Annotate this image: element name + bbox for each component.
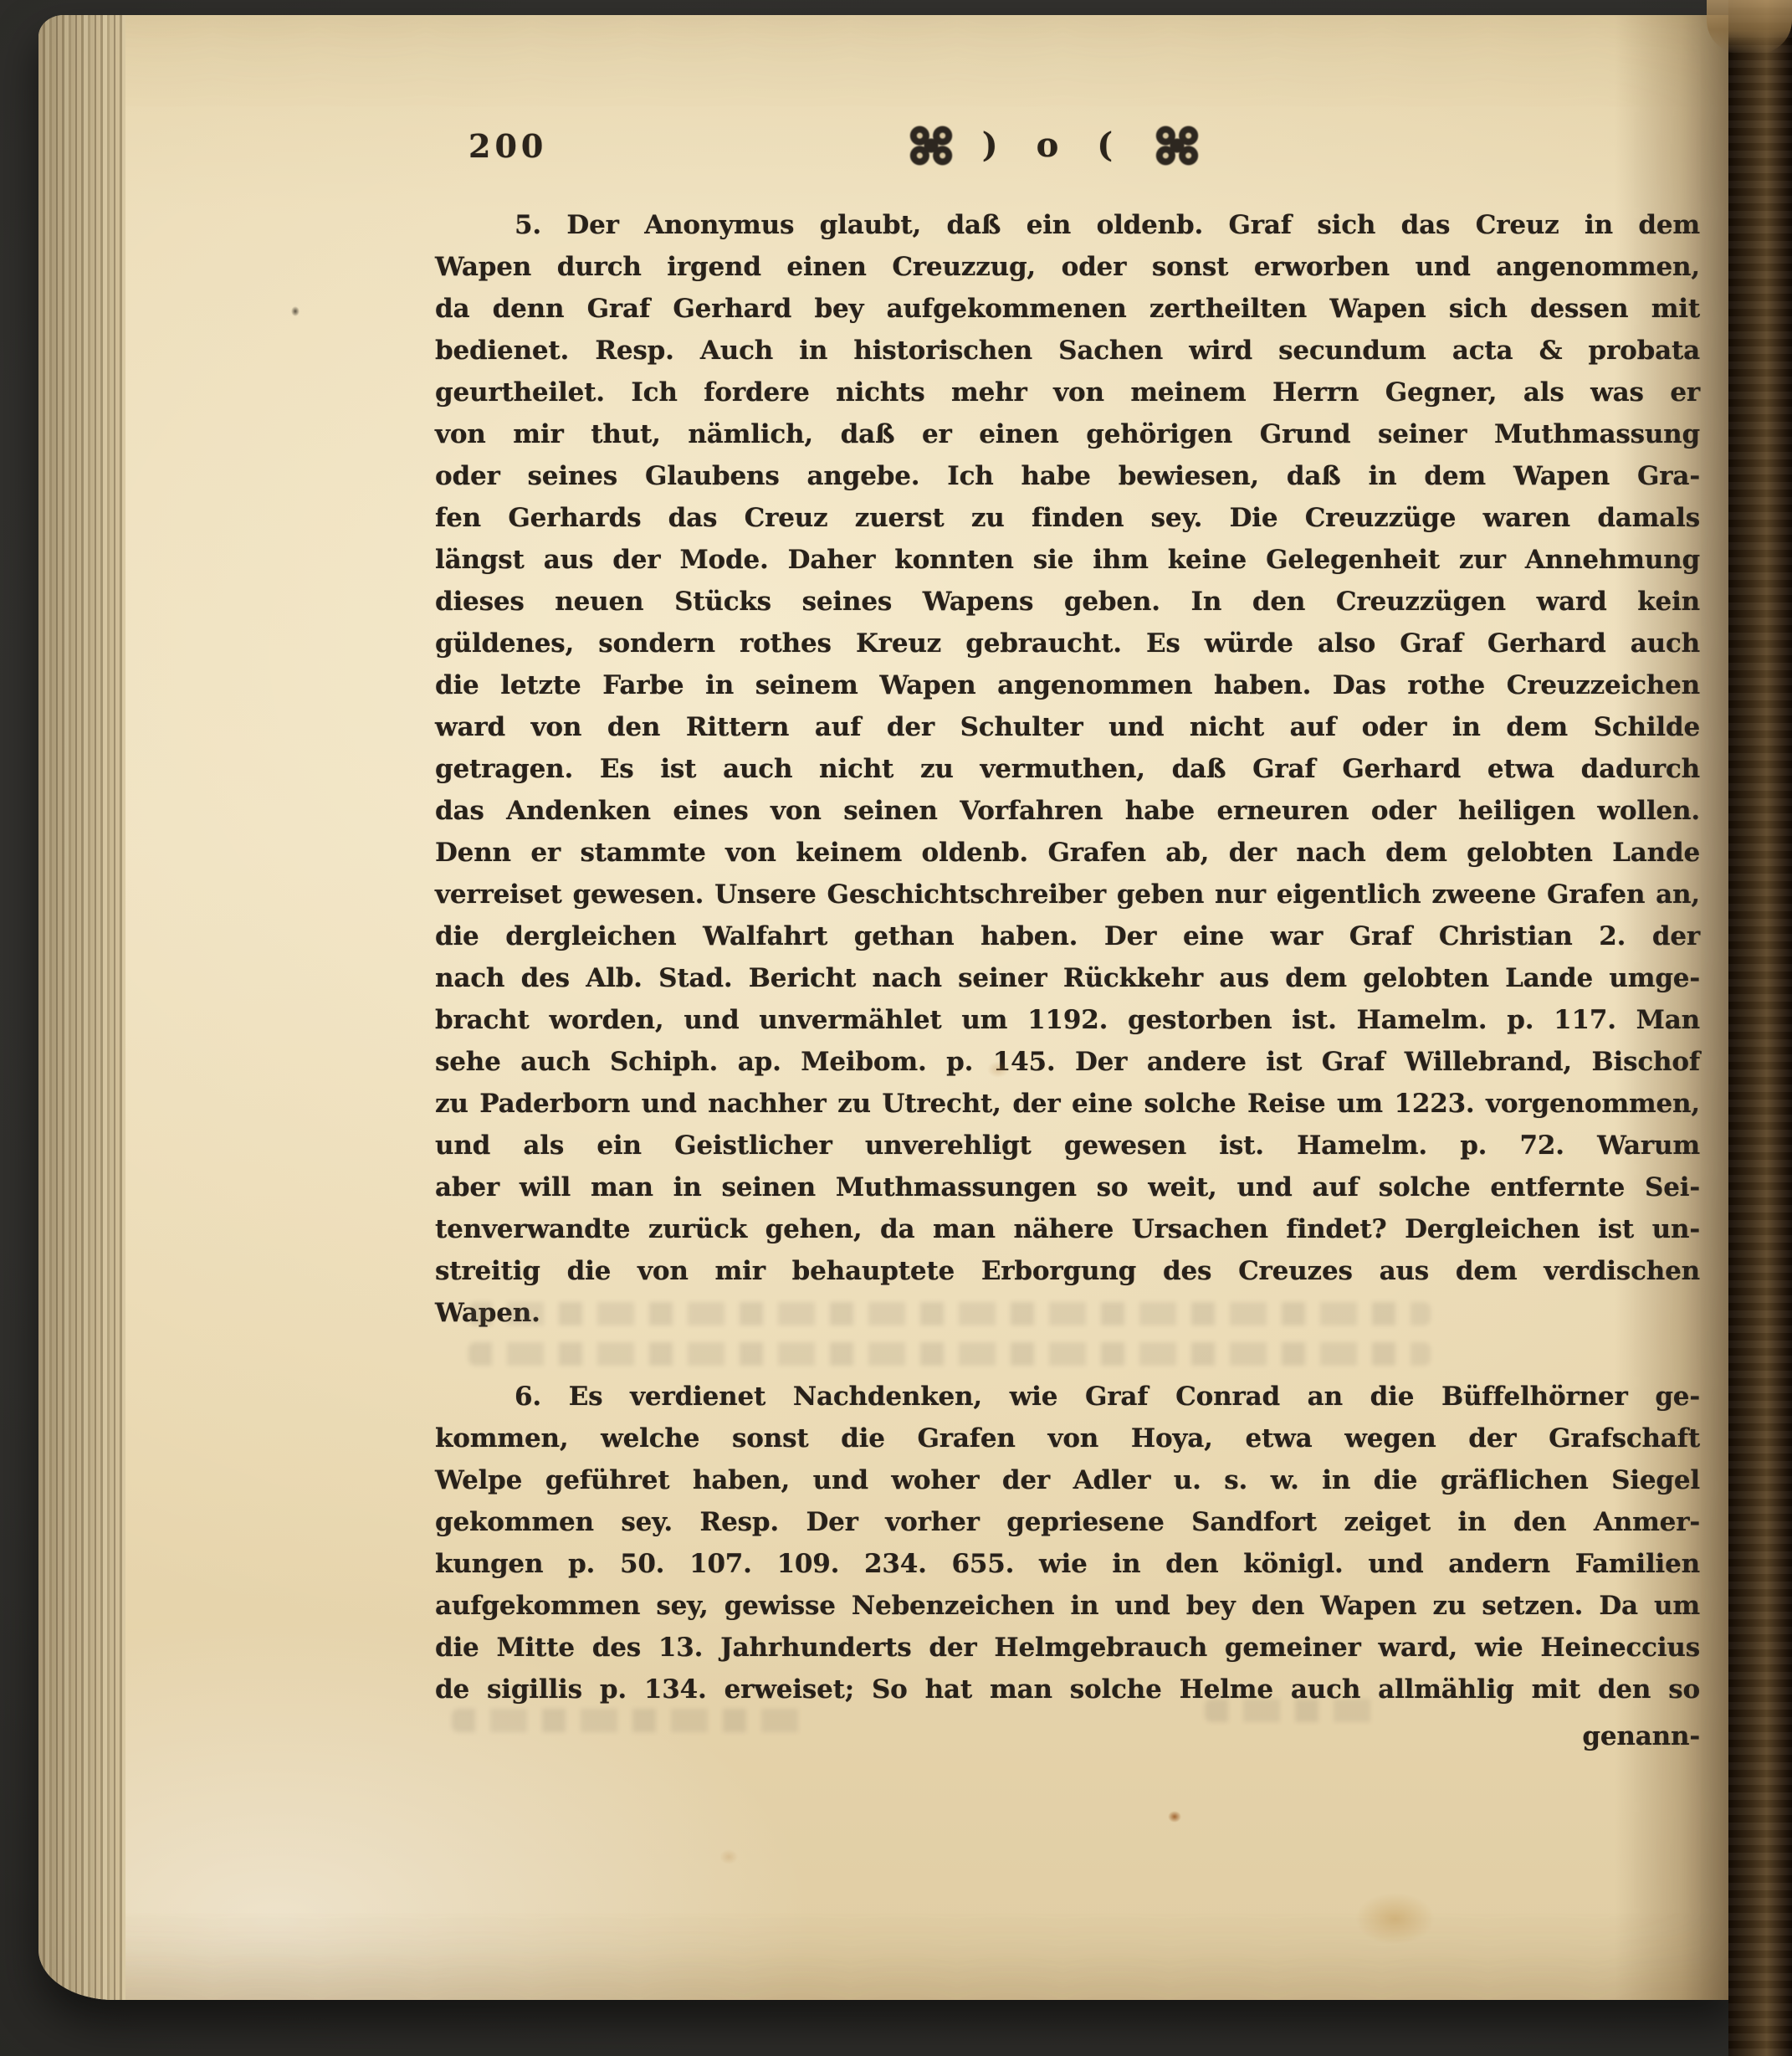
text-line: oder seines Glaubens angebe. Ich habe be… bbox=[435, 455, 1700, 497]
page-number: 200 bbox=[468, 126, 586, 167]
text-line: dieses neuen Stücks seines Wapens geben.… bbox=[435, 581, 1700, 623]
paper-stain bbox=[1355, 1893, 1435, 1945]
text-line: geurtheilet. Ich fordere nichts mehr von… bbox=[435, 372, 1700, 413]
scanned-book-photo: 200 ) o ( 5. Der Anonymus glaubt, daß ei… bbox=[0, 0, 1792, 2056]
text-line: die Mitte des 13. Jahrhunderts der Helmg… bbox=[435, 1627, 1700, 1669]
ink-speck bbox=[291, 306, 300, 316]
showthrough-smudge bbox=[1205, 1699, 1380, 1739]
paragraph-6: 6. Es verdienet Nachdenken, wie Graf Con… bbox=[435, 1376, 1700, 1757]
text-line: fen Gerhards das Creuz zuerst zu finden … bbox=[435, 497, 1700, 539]
text-line: streitig die von mir behauptete Erborgun… bbox=[435, 1250, 1700, 1292]
text-line: das Andenken eines von seinen Vorfahren … bbox=[435, 790, 1700, 832]
foxing-spot bbox=[987, 1061, 1009, 1078]
text-line: Wapen durch irgend einen Creuzzug, oder … bbox=[435, 246, 1700, 288]
text-line: getragen. Es ist auch nicht zu vermuthen… bbox=[435, 748, 1700, 790]
text-line: bedienet. Resp. Auch in historischen Sac… bbox=[435, 330, 1700, 372]
ornament-rosette-icon bbox=[905, 123, 957, 168]
showthrough-smudge bbox=[452, 1709, 812, 1749]
text-line: verreiset gewesen. Unsere Geschichtschre… bbox=[435, 874, 1700, 915]
text-line: güldenes, sondern rothes Kreuz gebraucht… bbox=[435, 623, 1700, 664]
text-line: die letzte Farbe in seinem Wapen angenom… bbox=[435, 664, 1700, 706]
book-binding bbox=[1728, 0, 1792, 2056]
text-line: ward von den Rittern auf der Schulter un… bbox=[435, 706, 1700, 748]
text-line: und als ein Geistlicher unverehligt gewe… bbox=[435, 1125, 1700, 1166]
ornament-rosette-icon bbox=[1151, 123, 1203, 168]
showthrough-smudge bbox=[468, 1302, 1431, 1382]
paper-stain bbox=[1168, 1811, 1181, 1823]
text-line: längst aus der Mode. Daher konnten sie i… bbox=[435, 539, 1700, 581]
text-line: Welpe geführet haben, und woher der Adle… bbox=[435, 1459, 1700, 1501]
header-ornament: ) o ( bbox=[862, 120, 1247, 171]
ornament-separator: ) o ( bbox=[982, 123, 1126, 168]
text-line: bracht worden, und unvermählet um 1192. … bbox=[435, 999, 1700, 1041]
text-line: da denn Graf Gerhard bey aufgekommenen z… bbox=[435, 288, 1700, 330]
text-line: zu Paderborn und nachher zu Utrecht, der… bbox=[435, 1083, 1700, 1125]
text-line: nach des Alb. Stad. Bericht nach seiner … bbox=[435, 957, 1700, 999]
text-line: aufgekommen sey, gewisse Nebenzeichen in… bbox=[435, 1585, 1700, 1627]
text-line: gekommen sey. Resp. Der vorher gepriesen… bbox=[435, 1501, 1700, 1543]
page-edge-stack bbox=[38, 15, 125, 2000]
text-line: de sigillis p. 134. erweiset; So hat man… bbox=[435, 1669, 1700, 1710]
text-line: von mir thut, nämlich, daß er einen gehö… bbox=[435, 413, 1700, 455]
next-page-curl bbox=[1707, 0, 1792, 54]
text-line: die dergleichen Walfahrt gethan haben. D… bbox=[435, 915, 1700, 957]
text-line: Denn er stammte von keinem oldenb. Grafe… bbox=[435, 832, 1700, 874]
text-line: sehe auch Schiph. ap. Meibom. p. 145. De… bbox=[435, 1041, 1700, 1083]
text-line: tenverwandte zurück gehen, da man nähere… bbox=[435, 1208, 1700, 1250]
text-line: kommen, welche sonst die Grafen von Hoya… bbox=[435, 1418, 1700, 1459]
paragraph-5: 5. Der Anonymus glaubt, daß ein oldenb. … bbox=[435, 204, 1700, 1334]
text-line: 5. Der Anonymus glaubt, daß ein oldenb. … bbox=[435, 204, 1700, 246]
text-line: aber will man in seinen Muthmassungen so… bbox=[435, 1166, 1700, 1208]
text-block: 5. Der Anonymus glaubt, daß ein oldenb. … bbox=[435, 204, 1700, 1757]
text-line: kungen p. 50. 107. 109. 234. 655. wie in… bbox=[435, 1543, 1700, 1585]
foxing-spot bbox=[719, 1849, 738, 1864]
